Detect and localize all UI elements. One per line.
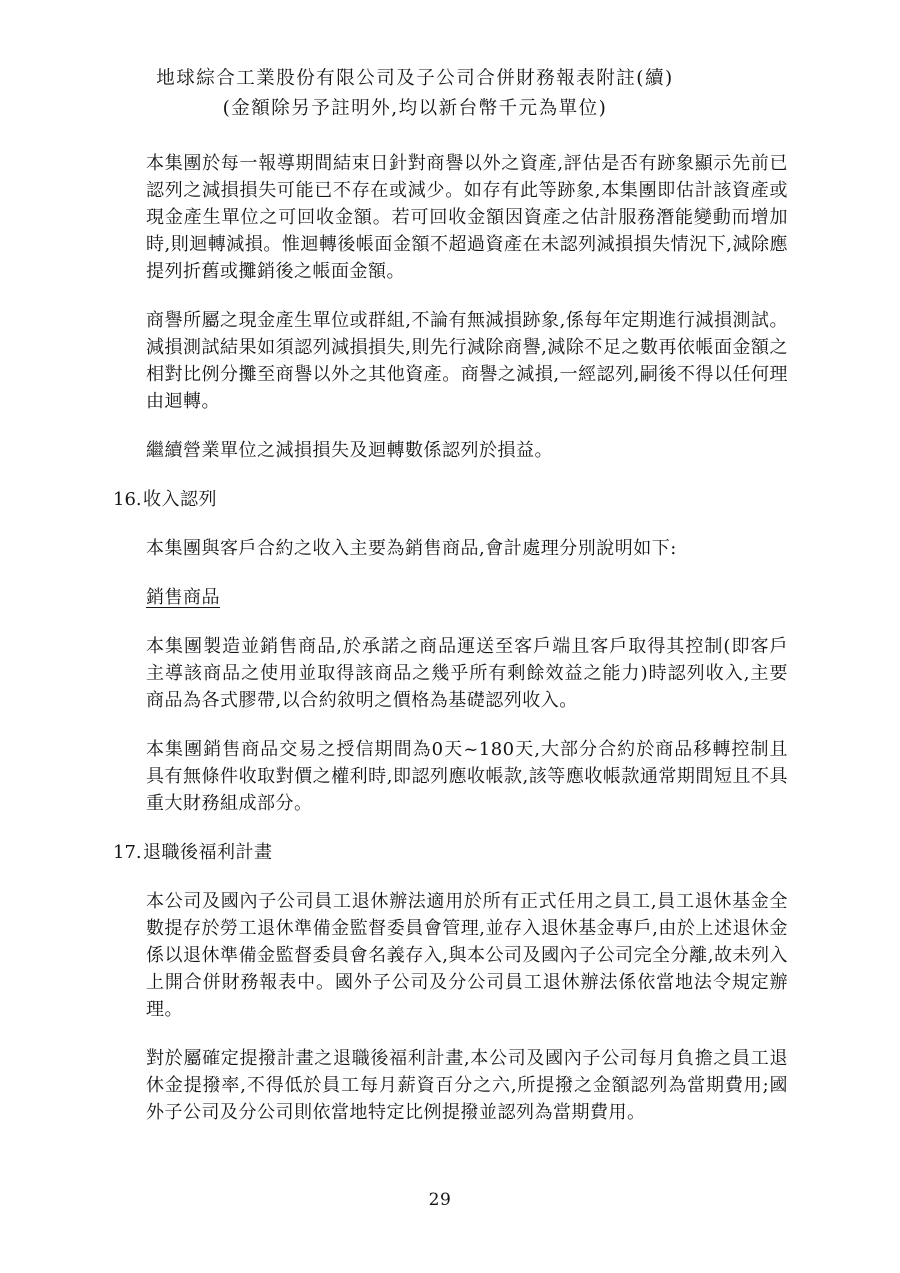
paragraph-continuing-operations-impairment: 繼續營業單位之減損損失及迴轉數係認列於損益。 xyxy=(146,437,788,464)
section-16-title: 收入認列 xyxy=(143,489,217,510)
section-16-number: 16. xyxy=(113,486,143,513)
document-subtitle: (金額除另予註明外,均以新台幣千元為單位) xyxy=(0,94,830,124)
paragraph-credit-period: 本集團銷售商品交易之授信期間為0天~180天,大部分合約於商品移轉控制且具有無條… xyxy=(146,736,788,817)
section-17-heading: 17.退職後福利計畫 xyxy=(113,839,788,866)
section-17-number: 17. xyxy=(113,839,143,866)
paragraph-goodwill-cgu-testing: 商譽所屬之現金產生單位或群組,不論有無減損跡象,係每年定期進行減損測試。減損測試… xyxy=(146,307,788,415)
document-title: 地球綜合工業股份有限公司及子公司合併財務報表附註(續) xyxy=(0,64,830,94)
page-number: 29 xyxy=(429,1190,452,1210)
paragraph-pension-fund-arrangement: 本公司及國內子公司員工退休辦法適用於所有正式任用之員工,員工退休基金全數提存於勞… xyxy=(146,888,788,1023)
paragraph-impairment-indicator-assessment: 本集團於每一報導期間結束日針對商譽以外之資產,評估是否有跡象顯示先前已認列之減損… xyxy=(146,150,788,285)
document-header: 地球綜合工業股份有限公司及子公司合併財務報表附註(續) (金額除另予註明外,均以… xyxy=(0,0,830,124)
paragraph-sale-of-goods-recognition: 本集團製造並銷售商品,於承諾之商品運送至客戶端且客戶取得其控制(即客戶主導該商品… xyxy=(146,633,788,714)
paragraph-defined-contribution-plan: 對於屬確定提撥計畫之退職後福利計畫,本公司及國內子公司每月負擔之員工退休金提撥率… xyxy=(146,1045,788,1126)
section-16-heading: 16.收入認列 xyxy=(113,486,788,513)
document-footer: 29 xyxy=(0,1190,880,1210)
document-body: 本集團於每一報導期間結束日針對商譽以外之資產,評估是否有跡象顯示先前已認列之減損… xyxy=(113,150,788,1126)
paragraph-revenue-overview: 本集團與客戶合約之收入主要為銷售商品,會計處理分別說明如下: xyxy=(146,535,788,562)
heading-sale-of-goods: 銷售商品 xyxy=(146,584,788,611)
section-17-title: 退職後福利計畫 xyxy=(143,842,273,863)
document-page: 地球綜合工業股份有限公司及子公司合併財務報表附註(續) (金額除另予註明外,均以… xyxy=(0,0,900,1273)
